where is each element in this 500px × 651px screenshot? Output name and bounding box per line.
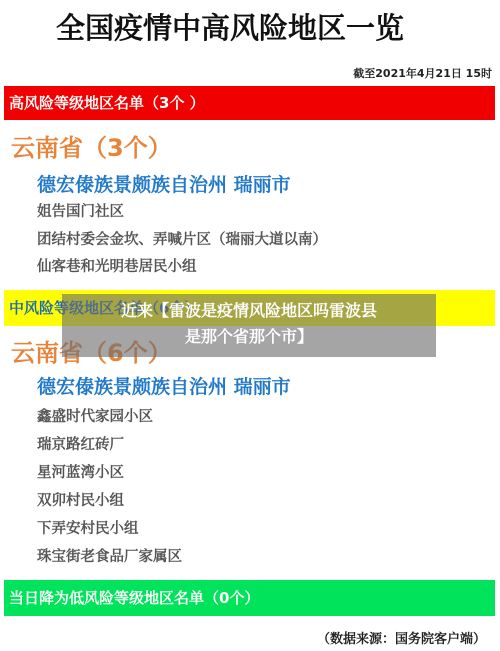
medium-risk-item: 鑫盛时代家园小区 [37, 405, 153, 426]
high-risk-header: 高风险等级地区名单（3个 ） [4, 86, 495, 120]
high-risk-item: 姐告国门社区 [37, 200, 124, 221]
high-risk-city: 德宏傣族景颇族自治州 瑞丽市 [37, 170, 291, 197]
high-risk-item: 团结村委会金坎、弄喊片区（瑞丽大道以南） [37, 228, 327, 249]
medium-risk-city: 德宏傣族景颇族自治州 瑞丽市 [37, 372, 291, 399]
caption-line-2: 是那个省那个市】 [62, 324, 436, 350]
as-of-timestamp: 截至2021年4月21日 15时 [353, 65, 492, 81]
high-risk-item: 仙客巷和光明巷居民小组 [37, 255, 197, 276]
medium-risk-item: 珠宝街老食品厂家属区 [37, 545, 182, 566]
high-risk-province: 云南省（3个） [11, 128, 172, 163]
medium-risk-item: 双卯村民小组 [37, 489, 124, 510]
medium-risk-item: 瑞京路红砖厂 [37, 433, 124, 454]
medium-risk-item: 星河蓝湾小区 [37, 461, 124, 482]
page-title: 全国疫情中高风险地区一览 [0, 6, 460, 47]
downgraded-header: 当日降为低风险等级地区名单（0个） [4, 580, 495, 616]
caption-overlay: 近来【雷波是疫情风险地区吗雷波县 是那个省那个市】 [62, 294, 436, 357]
caption-line-1: 近来【雷波是疫情风险地区吗雷波县 [62, 298, 436, 324]
medium-risk-item: 下弄安村民小组 [37, 517, 139, 538]
data-source: （数据来源：国务院客户端） [317, 628, 486, 647]
